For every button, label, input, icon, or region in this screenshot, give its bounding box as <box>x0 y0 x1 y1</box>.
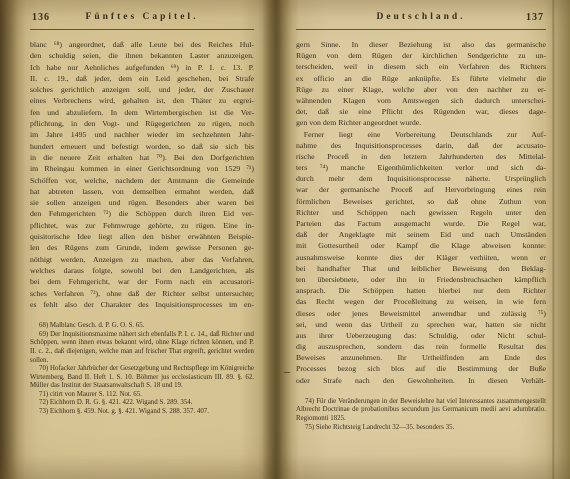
footnotes-right: 74) Für die Veränderungen in der Beweisl… <box>296 398 546 432</box>
footnote: 74) Für die Veränderungen in der Beweisl… <box>296 398 546 424</box>
body-line: solches gerichtlich anzeigen soll, und j… <box>30 84 254 95</box>
body-line: den Fehmgerichten ⁷²) die Schöppen durch… <box>30 208 254 219</box>
body-line: Beweises anzunehmen. Ihr Urtheilfinden a… <box>296 352 546 363</box>
body-line: war der germanische Proceß auf Hervorbri… <box>296 184 546 195</box>
body-line: hat abtreten lassen, von demselben ermah… <box>30 186 254 197</box>
body-line: det, daß sie eine Pflicht des Rügenden w… <box>296 106 546 117</box>
body-line: Parteien das Factum ausgemacht wurde. Di… <box>296 218 546 229</box>
body-line: gern Sinne. In dieser Beziehung ist also… <box>296 39 546 50</box>
body-line: aus ihrer Ueberzeugung das: Schuldig, od… <box>296 330 546 341</box>
page-right: Deutschland. 137 gern Sinne. In dieser B… <box>296 12 546 432</box>
body-line: quisitorische Idee liegt allen den bishe… <box>30 231 254 242</box>
body-line: ters ⁷⁴) manche Eigenthümlichkeiten verl… <box>296 162 546 173</box>
body-line: sie sollen anzeigen und rügen. Besonders… <box>30 197 254 208</box>
page-left: 136 Fünftes Capitel. blanc ⁶⁸) angeordne… <box>30 12 254 417</box>
book-scan: 136 Fünftes Capitel. blanc ⁶⁸) angeordne… <box>0 0 570 479</box>
body-line: terscheiden, weil in diesem sich ein Ver… <box>296 61 546 72</box>
body-line: oder Strafe nach den Gewohnheiten. In di… <box>296 375 546 386</box>
page-header-right: Deutschland. 137 <box>296 12 546 26</box>
body-line: es fehlt also der Charakter des Inquisit… <box>30 299 254 310</box>
body-line: Ferner liegt eine Vorbereitung Deutschla… <box>296 129 546 140</box>
body-line: ansprach. Die Schöppen hatten hierbei nu… <box>296 285 546 296</box>
body-line: durch mehr dem Inquisitionsprocesse nähe… <box>296 173 546 184</box>
page-header-left: 136 Fünftes Capitel. <box>30 12 254 26</box>
footnote: 73) Eichhorn §. 459. Not. g. §. 421. Wig… <box>30 408 254 417</box>
body-line: gen von dem Richter angeordnet wurde. <box>296 117 546 128</box>
footnote: 71) citirt von Maurer S. 112. Not. 65. <box>30 391 254 400</box>
body-line: im Rheingau kommen in einer Gerichtsordn… <box>30 163 254 174</box>
body-line: dig auszusprechen, sondern das rein form… <box>296 341 546 352</box>
header-rule-left <box>30 29 254 30</box>
body-line: rische Proceß in den letztern Jahrhunder… <box>296 151 546 162</box>
body-line: bei handhafter That und leiblicher Bewei… <box>296 263 546 274</box>
body-line: Rüge zu einer Klage, welche aber von den… <box>296 84 546 95</box>
body-text-right: gern Sinne. In dieser Beziehung ist also… <box>296 39 546 386</box>
body-line: ausnahmsweise konnte dies der Kläger ver… <box>296 252 546 263</box>
page-number-right: 137 <box>526 12 544 23</box>
body-line: II. c. 19., daß jeder, dem ein Leid gesc… <box>30 73 254 84</box>
body-line: nahme des Inquisitionsprocesses darin, d… <box>296 140 546 151</box>
body-line: das Recht wegen der Proceßleitung zu wei… <box>296 296 546 307</box>
body-line: bei dem Fehmgericht, war der Form nach e… <box>30 276 254 287</box>
body-line: sei, und wenn das Urtheil zu sprechen wa… <box>296 319 546 330</box>
body-line: dieses oder jenes Beweismittel anwendbar… <box>296 308 546 319</box>
body-line: Schöffen vor, welche, nachdem der Amtman… <box>30 175 254 186</box>
running-head-left: Fünftes Capitel. <box>30 12 254 22</box>
body-line: pflichtet, was zur Fehmwruge gehörte, zu… <box>30 220 254 231</box>
margin-pencil-mark <box>284 372 290 373</box>
body-line: blanc ⁶⁸) angeordnet, daß alle Leute bei… <box>30 39 254 50</box>
footnote: 68) Malblanc Gesch. d. P. G. O. S. 65. <box>30 322 254 331</box>
body-line: welches daraus folgte, sowohl bei den La… <box>30 265 254 276</box>
body-line: hundert erneuert und befestigt worden, s… <box>30 141 254 152</box>
footnote: 72) Eichhorn D. R. G. §. 421. 422. Wigan… <box>30 399 254 408</box>
body-line: mit Gottesurtheil oder Kampf die Klage a… <box>296 240 546 251</box>
footnote: 70) Hofacker Jahrbücher der Gesetzgebung… <box>30 365 254 391</box>
running-head-right: Deutschland. <box>296 12 546 22</box>
footnotes-left: 68) Malblanc Gesch. d. P. G. O. S. 65.69… <box>30 322 254 417</box>
body-line: Ich habe nur Aehnliches aufgefunden ⁶⁹) … <box>30 62 254 73</box>
body-line: Processes bezog sich blos auf die Bestim… <box>296 363 546 374</box>
body-line: im Jahre 1495 und nachher wieder im sech… <box>30 129 254 140</box>
body-line: eines Verbrechens wird, gehalten ist, de… <box>30 95 254 106</box>
body-line: daß der Angeklagte mit seinem Eid und na… <box>296 229 546 240</box>
footnote: 75) Siehe Richtsteig Landrecht 32—35. be… <box>296 424 546 433</box>
right-page-edge-line <box>552 0 555 479</box>
book-gutter-shadow <box>262 0 292 479</box>
header-rule-right <box>296 29 546 30</box>
body-line: wähnenden Klagen vom Amtswegen sich dadu… <box>296 95 546 106</box>
footnote: 69) Der Inquisitionsmaxime nähert sich e… <box>30 331 254 365</box>
body-line: ten übersiebnete, oder ihn in Friedensbr… <box>296 274 546 285</box>
body-line: fen und abzuliefern. In dem Wirtembergis… <box>30 107 254 118</box>
body-line: förmlichen Beweises gerichtet, so daß oh… <box>296 196 546 207</box>
page-number-left: 136 <box>32 12 50 23</box>
body-line: Richter und Schöppen nach gewissen Regel… <box>296 207 546 218</box>
body-line: den schuldig seien, die ihnen bekannten … <box>30 50 254 61</box>
body-line: ex officio an die Rüge anknüpfte. Es füh… <box>296 73 546 84</box>
body-line: len des Rügens zum Grunde, indem gewisse… <box>30 242 254 253</box>
body-line: in die neuere Zeit erhalten hat ⁷⁰). Bei… <box>30 152 254 163</box>
body-line: nöthigt werden, Anzeigen zu machen, aber… <box>30 254 254 265</box>
body-text-left: blanc ⁶⁸) angeordnet, daß alle Leute bei… <box>30 39 254 310</box>
body-line: sches Verfahren ⁷³), ohne daß der Richte… <box>30 288 254 299</box>
body-line: pflichtung, in den Vogt- und Rügegericht… <box>30 118 254 129</box>
body-line: Rügen von dem Rügen der kirchlichen Send… <box>296 50 546 61</box>
